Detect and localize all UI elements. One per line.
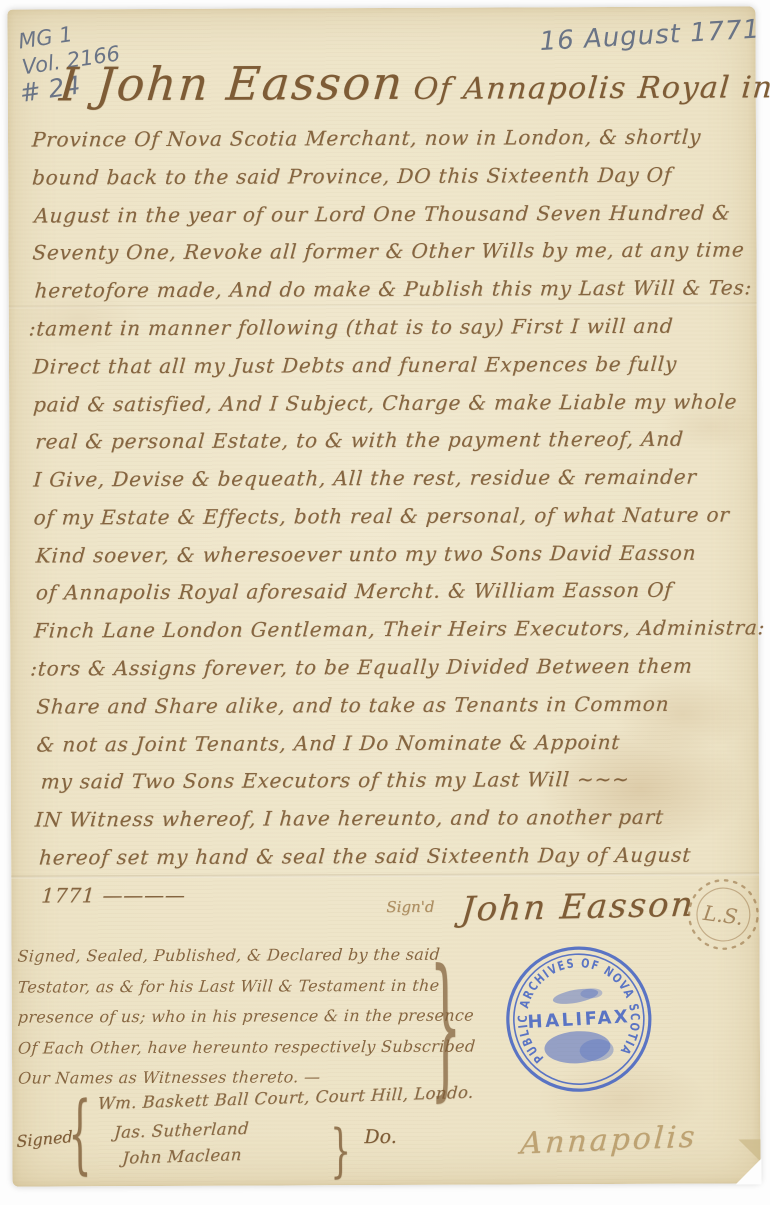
will-body-line: August in the year of our Lord One Thous…: [34, 200, 732, 227]
attestation-line: presence of us; who in his presence & in…: [17, 1001, 449, 1033]
will-body-line: paid & satisfied, And I Subject, Charge …: [32, 389, 738, 416]
attestation-clause: Signed, Sealed, Published, & Declared by…: [18, 940, 449, 1094]
witnesses-signed-label: Signed: [16, 1127, 73, 1151]
will-body-line: IN Witness whereof, I have hereunto, and…: [34, 805, 665, 832]
will-body-line: of Annapolis Royal aforesaid Mercht. & W…: [35, 578, 673, 605]
will-body-line: Kind soever, & wheresoever unto my two S…: [35, 541, 697, 568]
will-body-line: my said Two Sons Executors of this my La…: [40, 767, 630, 794]
wax-seal-ls: L.S.: [674, 863, 770, 966]
place-annotation: Annapolis: [519, 1119, 698, 1161]
will-body-line: :tament in manner following (that is to …: [28, 314, 674, 341]
signed-label: Sign'd: [386, 898, 434, 916]
will-body-line: Seventy One, Revoke all former & Other W…: [32, 237, 746, 264]
will-body-line: Share and Share alike, and to take as Te…: [36, 692, 670, 719]
testator-signature: John Easson: [460, 885, 697, 930]
paper-fold-crease: [11, 872, 759, 878]
paper-fold-crease: [9, 302, 757, 308]
stamp-center-text: HALIFAX: [527, 1006, 631, 1033]
witness-ditto-mark: Do.: [364, 1126, 396, 1148]
attestation-line: Signed, Sealed, Published, & Declared by…: [17, 940, 449, 972]
will-body-line: Province Of Nova Scotia Merchant, now in…: [31, 125, 702, 152]
seal-text: L.S.: [701, 901, 745, 930]
witness-signature: John Maclean: [122, 1145, 243, 1168]
archives-stamp: PUBLIC ARCHIVES OF NOVA SCOTIA HALIFAX: [498, 939, 659, 1100]
will-body-line: Direct that all my Just Debts and funera…: [32, 352, 678, 379]
will-body-line: of my Estate & Effects, both real & pers…: [33, 502, 731, 529]
archival-date-note: 16 August 1771: [539, 15, 761, 57]
will-body-line: & not as Joint Tenants, And I Do Nominat…: [36, 730, 621, 757]
will-opening-line: I John EassonOf Annapolis Royal in the: [58, 54, 770, 111]
witness-signature: Jas. Sutherland: [114, 1119, 250, 1142]
will-body-line: :tors & Assigns forever, to be Equally D…: [30, 654, 694, 681]
will-body-line: bound back to the said Province, DO this…: [31, 163, 672, 190]
attestation-line: Testator, as & for his Last Will & Testa…: [17, 970, 449, 1002]
will-body-line: heretofore made, And do make & Publish t…: [34, 275, 753, 302]
attestation-line: Of Each Other, have hereunto respectivel…: [17, 1031, 449, 1063]
will-date-line: 1771 ————: [41, 883, 187, 908]
will-body-line: real & personal Estate, to & with the pa…: [35, 427, 685, 454]
will-body-line: Finch Lane London Gentleman, Their Heirs…: [33, 615, 766, 642]
opening-line-rest: Of Annapolis Royal in the: [412, 70, 770, 107]
dogear-corner: [735, 1158, 761, 1184]
witnesses-close-brace: }: [330, 1116, 351, 1184]
testator-name-opening: I John Easson: [58, 56, 407, 112]
manuscript-page: MG 1 Vol. 2166 # 24 16 August 1771 I Joh…: [7, 6, 760, 1186]
will-body-line: hereof set my hand & seal the said Sixte…: [38, 843, 692, 870]
witnesses-open-brace: {: [68, 1085, 91, 1184]
will-body-line: I Give, Devise & bequeath, All the rest,…: [33, 465, 698, 492]
